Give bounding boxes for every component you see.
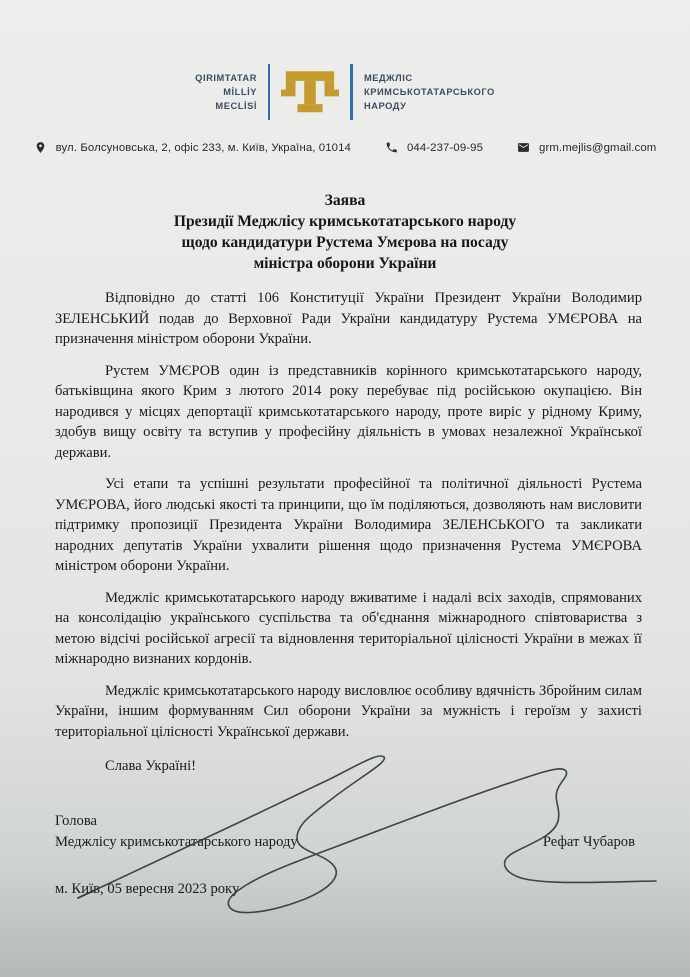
title-line: щодо кандидатури Рустема Умєрова на поса…	[0, 232, 690, 253]
title-line: міністра оборони України	[0, 253, 690, 274]
body-paragraph: Відповідно до статті 106 Конституції Укр…	[55, 288, 642, 350]
closing-slogan: Слава Україні!	[55, 756, 642, 777]
body-paragraph: Рустем УМЄРОВ один із представників корі…	[55, 361, 642, 464]
body-paragraph: Усі етапи та успішні результати професій…	[55, 474, 642, 577]
date-place-line: м. Київ, 05 вересня 2023 року	[55, 879, 635, 900]
title-line: Заява	[0, 190, 690, 211]
location-pin-icon	[34, 141, 47, 154]
org-name-line: НАРОДУ	[364, 99, 495, 113]
email-text: grm.mejlis@gmail.com	[539, 142, 656, 154]
phone-text: 044-237-09-95	[407, 142, 483, 154]
org-name-line: MİLLİY	[195, 85, 257, 99]
letterhead: QIRIMTATAR MİLLİY MECLİSİ МЕДЖЛІС КРИМСЬ…	[0, 64, 690, 120]
org-name-crimean-tatar: QIRIMTATAR MİLLİY MECLİSİ	[195, 71, 257, 113]
body-paragraph: Меджліс кримськотатарського народу висло…	[55, 681, 642, 743]
org-name-line: QIRIMTATAR	[195, 71, 257, 85]
signer-name: Рефат Чубаров	[543, 832, 635, 853]
address-text: вул. Болсуновська, 2, офіс 233, м. Київ,…	[56, 142, 351, 154]
document-title: Заява Президії Меджлісу кримськотатарськ…	[0, 190, 690, 274]
logo-divider-left	[268, 64, 271, 120]
tarak-tamga-icon	[281, 65, 339, 119]
signer-role-line: Голова	[55, 811, 298, 832]
contact-line: вул. Болсуновська, 2, офіс 233, м. Київ,…	[0, 141, 690, 154]
scanned-letter-page: QIRIMTATAR MİLLİY MECLİSİ МЕДЖЛІС КРИМСЬ…	[0, 0, 690, 977]
signer-role: Голова Меджлісу кримськотатарського наро…	[55, 811, 298, 853]
document-body: Відповідно до статті 106 Конституції Укр…	[0, 288, 690, 777]
org-name-line: КРИМСЬКОТАТАРСЬКОГО	[364, 85, 495, 99]
title-line: Президії Меджлісу кримськотатарського на…	[0, 211, 690, 232]
org-name-line: MECLİSİ	[195, 99, 257, 113]
body-paragraph: Меджліс кримськотатарського народу вжива…	[55, 588, 642, 670]
phone-icon	[385, 141, 398, 154]
email-icon	[517, 141, 530, 154]
logo-divider-right	[350, 64, 353, 120]
signoff-block: Голова Меджлісу кримськотатарського наро…	[0, 811, 690, 900]
signer-role-line: Меджлісу кримськотатарського народу	[55, 832, 298, 853]
org-name-line: МЕДЖЛІС	[364, 71, 495, 85]
org-name-ukrainian: МЕДЖЛІС КРИМСЬКОТАТАРСЬКОГО НАРОДУ	[364, 71, 495, 113]
